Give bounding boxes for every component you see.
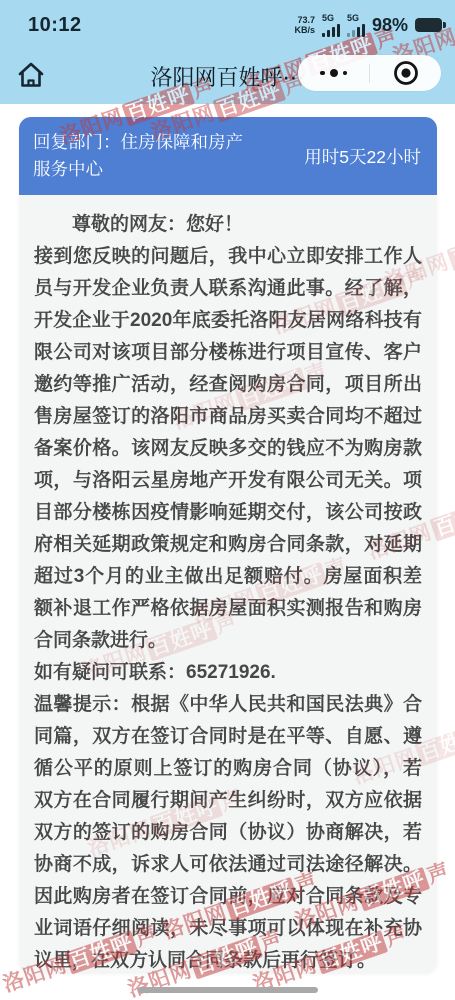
home-icon (13, 57, 49, 93)
more-button[interactable] (298, 55, 369, 91)
network-speed-unit: KB/s (294, 25, 315, 35)
exit-button[interactable] (370, 55, 441, 91)
reply-department: 回复部门：住房保障和房产服务中心 (33, 129, 255, 183)
miniprogram-capsule (298, 55, 441, 91)
reply-paragraph-main: 接到您反映的问题后，我中心立即安排工作人员与开发企业负责人联系沟通此事。经了解，… (34, 241, 422, 657)
signal-icon-sim1: 5G (322, 14, 340, 37)
reply-duration: 用时5天22小时 (304, 144, 421, 169)
greeting-text: 尊敬的网友：您好！ (34, 209, 422, 241)
more-icon (320, 69, 347, 77)
reply-body: 尊敬的网友：您好！ 接到您反映的问题后，我中心立即安排工作人员与开发企业负责人联… (19, 195, 437, 973)
reply-card-header: 回复部门：住房保障和房产服务中心 用时5天22小时 (19, 117, 437, 195)
tip-paragraph: 温馨提示：根据《中华人民共和国民法典》合同篇，双方在签订合同时是在平等、自愿、遵… (34, 689, 422, 973)
network-speed-value: 73.7 (297, 15, 315, 25)
watermark-boxed: 百姓呼 (446, 227, 455, 272)
signal-bars-sim1 (322, 24, 340, 37)
home-button[interactable] (13, 57, 49, 93)
status-icons: 73.7 KB/s 5G 5G 98% (294, 14, 442, 37)
clock: 10:12 (28, 14, 82, 37)
signal-bars-sim2 (347, 24, 365, 37)
battery-percent: 98% (372, 15, 408, 36)
home-indicator[interactable] (138, 987, 318, 993)
network-speed: 73.7 KB/s (294, 15, 315, 35)
phone-screen: 10:12 73.7 KB/s 5G 5G 98% (0, 0, 455, 1000)
target-icon (392, 59, 420, 87)
signal-icon-sim2: 5G (347, 14, 365, 37)
status-bar: 10:12 73.7 KB/s 5G 5G 98% (0, 0, 455, 50)
nav-bar: 洛阳网百姓呼⋯ (0, 50, 455, 104)
battery-icon (415, 18, 442, 32)
network-type-sim2: 5G (347, 14, 359, 23)
network-type-sim1: 5G (322, 14, 334, 23)
contact-line: 如有疑问可联系：65271926. (34, 657, 422, 689)
reply-card: 回复部门：住房保障和房产服务中心 用时5天22小时 尊敬的网友：您好！ 接到您反… (19, 117, 437, 973)
